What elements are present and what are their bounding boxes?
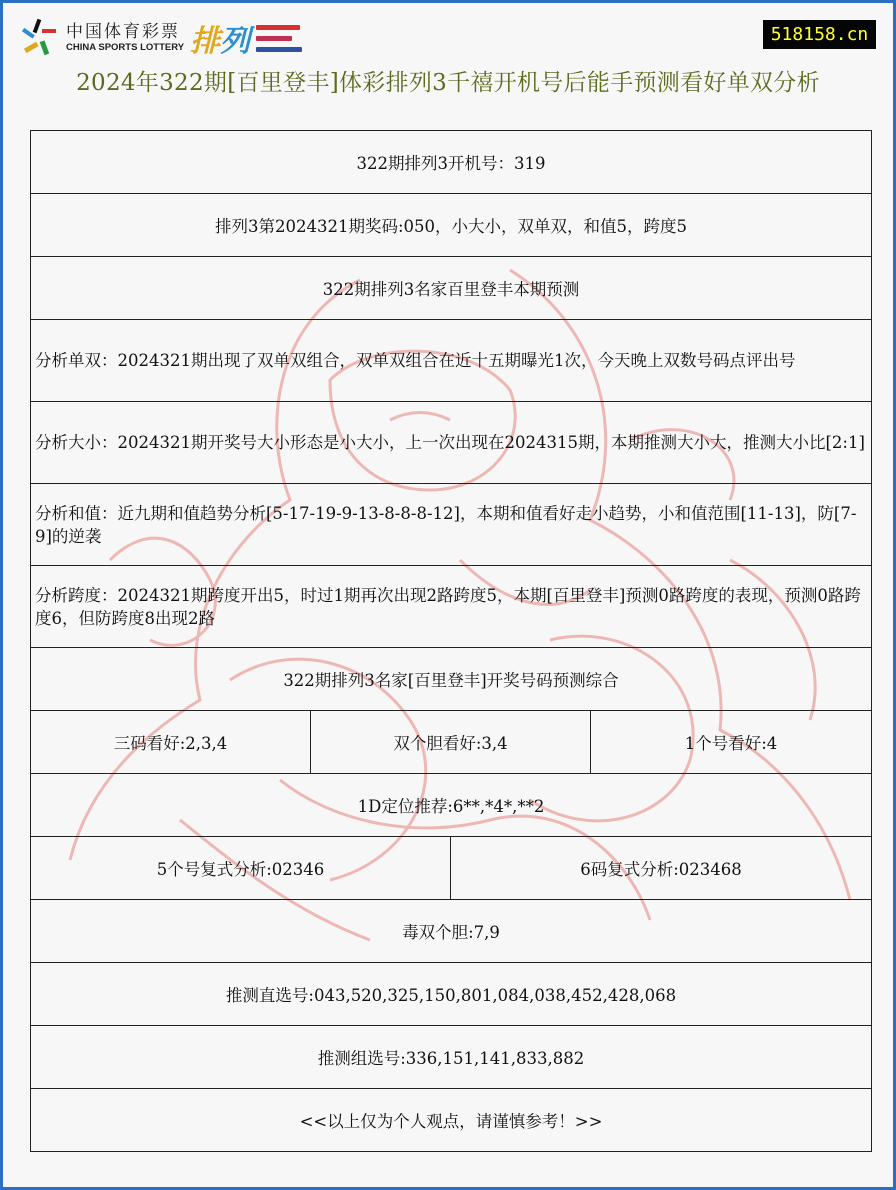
summary-title: 322期排列3名家[百里登丰]开奖号码预测综合: [31, 648, 872, 711]
table-row: 分析和值：近九期和值趋势分析[5-17-19-9-13-8-8-8-12]，本期…: [31, 484, 872, 566]
logo-chinese-text: 中国体育彩票: [66, 22, 184, 42]
double-dan: 双个胆看好:3,4: [311, 711, 591, 774]
last-draw-result: 排列3第2024321期奖码:050，小大小，双单双，和值5，跨度5: [31, 194, 872, 257]
table-row: 分析跨度：2024321期跨度开出5，时过1期再次出现2路跨度5，本期[百里登丰…: [31, 566, 872, 648]
table-row: 322期排列3名家百里登丰本期预测: [31, 257, 872, 320]
five-compound: 5个号复式分析:02346: [31, 837, 451, 900]
six-compound: 6码复式分析:023468: [451, 837, 872, 900]
kill-double: 毒双个胆:7,9: [31, 900, 872, 963]
section-title: 322期排列3名家百里登丰本期预测: [31, 257, 872, 320]
prediction-table: 322期排列3开机号：319 排列3第2024321期奖码:050，小大小，双单…: [30, 130, 872, 1152]
logo-english-text: CHINA SPORTS LOTTERY: [66, 42, 184, 54]
three-codes: 三码看好:2,3,4: [31, 711, 311, 774]
table-row: 排列3第2024321期奖码:050，小大小，双单双，和值5，跨度5: [31, 194, 872, 257]
logo-char-pai: 排: [190, 16, 220, 60]
analysis-span: 分析跨度：2024321期跨度开出5，时过1期再次出现2路跨度5，本期[百里登丰…: [31, 566, 872, 648]
table-row: 分析大小：2024321期开奖号大小形态是小大小，上一次出现在2024315期，…: [31, 402, 872, 484]
table-row: 5个号复式分析:02346 6码复式分析:023468: [31, 837, 872, 900]
disclaimer: <<以上仅为个人观点，请谨慎参考！>>: [31, 1089, 872, 1152]
page-title: 2024年322期[百里登丰]体彩排列3千禧开机号后能手预测看好单双分析: [0, 64, 896, 97]
single-pick: 1个号看好:4: [591, 711, 872, 774]
analysis-sum: 分析和值：近九期和值趋势分析[5-17-19-9-13-8-8-8-12]，本期…: [31, 484, 872, 566]
china-sports-lottery-logo: 中国体育彩票 CHINA SPORTS LOTTERY 排 列: [18, 16, 302, 60]
table-row: 毒双个胆:7,9: [31, 900, 872, 963]
table-row: 1D定位推荐:6**,*4*,**2: [31, 774, 872, 837]
page-header: 中国体育彩票 CHINA SPORTS LOTTERY 排 列 518158.c…: [0, 0, 896, 110]
analysis-size: 分析大小：2024321期开奖号大小形态是小大小，上一次出现在2024315期，…: [31, 402, 872, 484]
kaiji-number: 322期排列3开机号：319: [31, 131, 872, 194]
pailie-san-logo: 排 列: [190, 16, 302, 60]
table-row: 322期排列3开机号：319: [31, 131, 872, 194]
logo-char-lie: 列: [220, 16, 250, 60]
direct-picks: 推测直选号:043,520,325,150,801,084,038,452,42…: [31, 963, 872, 1026]
table-row: 分析单双：2024321期出现了双单双组合，双单双组合在近十五期曝光1次，今天晚…: [31, 320, 872, 402]
table-row: <<以上仅为个人观点，请谨慎参考！>>: [31, 1089, 872, 1152]
group-picks: 推测组选号:336,151,141,833,882: [31, 1026, 872, 1089]
position-1d: 1D定位推荐:6**,*4*,**2: [31, 774, 872, 837]
table-row: 推测直选号:043,520,325,150,801,084,038,452,42…: [31, 963, 872, 1026]
table-row: 三码看好:2,3,4 双个胆看好:3,4 1个号看好:4: [31, 711, 872, 774]
table-row: 推测组选号:336,151,141,833,882: [31, 1026, 872, 1089]
table-row: 322期排列3名家[百里登丰]开奖号码预测综合: [31, 648, 872, 711]
logo-char-san-stripes: [256, 22, 302, 54]
site-domain-badge[interactable]: 518158.cn: [763, 20, 876, 49]
lottery-star-icon: [18, 17, 60, 59]
analysis-odd-even: 分析单双：2024321期出现了双单双组合，双单双组合在近十五期曝光1次，今天晚…: [31, 320, 872, 402]
